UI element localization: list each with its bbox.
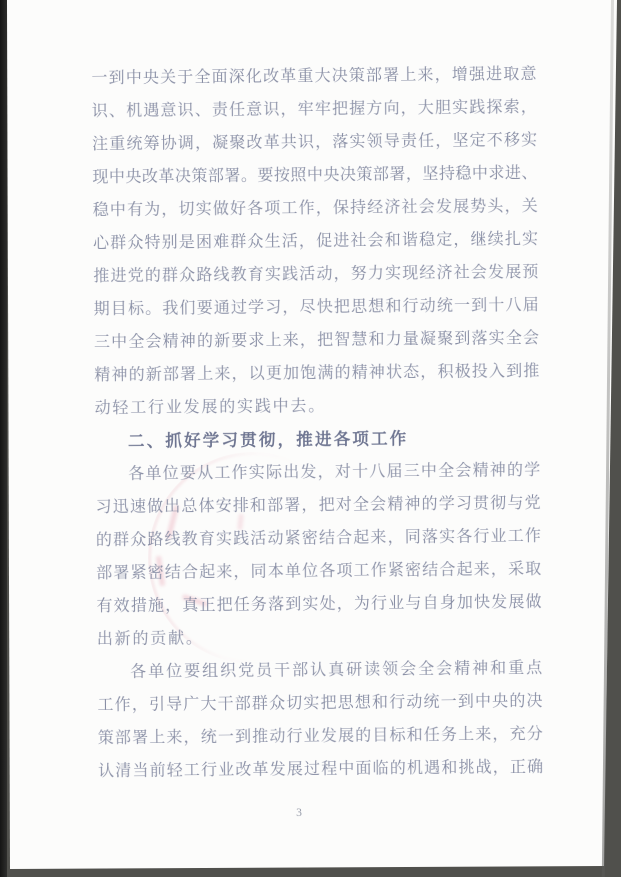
text-line: 部署紧密结合起来，同本单位各项工作紧密结合起来，采取 xyxy=(96,553,541,590)
paragraph-3: 各单位要组织党员干部认真研读领会全会精神和重点 工作，引导广大干部群众切实把思想… xyxy=(97,652,543,788)
text-line: 期目标。我们要通过学习，尽快把思想和行动统一到十八届 xyxy=(94,289,539,326)
text-line: 有效措施，真正把任务落到实处，为行业与自身加快发展做 xyxy=(96,586,541,623)
text-line: 三中全会精神的新要求上来，把智慧和力量凝聚到落实全会 xyxy=(94,322,539,359)
text-line: 出新的贡献。 xyxy=(97,619,542,656)
text-line: 现中央改革决策部署。要按照中央决策部署，坚持稳中求进、 xyxy=(92,157,537,194)
text-line: 动轻工行业发展的实践中去。 xyxy=(94,388,539,425)
text-line: 心群众特别是困难群众生活，促进社会和谐稳定，继续扎实 xyxy=(93,223,538,260)
text-line: 推进党的群众路线教育实践活动，努力实现经济社会发展预 xyxy=(93,256,538,293)
text-line: 一到中央关于全面深化改革重大决策部署上来，增强进取意 xyxy=(91,58,536,95)
page-text-block: 一到中央关于全面深化改革重大决策部署上来，增强进取意 识、机遇意识、责任意识，牢… xyxy=(91,58,543,830)
text-line: 各单位要组织党员干部认真研读领会全会精神和重点 xyxy=(97,652,542,689)
paragraph-1: 一到中央关于全面深化改革重大决策部署上来，增强进取意 识、机遇意识、责任意识，牢… xyxy=(91,58,539,425)
text-line: 认清当前轻工行业改革发展过程中面临的机遇和挑战，正确 xyxy=(98,751,543,788)
scanned-document-page: 一到中央关于全面深化改革重大决策部署上来，增强进取意 识、机遇意识、责任意识，牢… xyxy=(0,0,621,877)
scan-edge-left xyxy=(0,0,7,877)
text-line: 工作，引导广大干部群众切实把思想和行动统一到中央的决 xyxy=(97,685,542,722)
paragraph-2: 各单位要从工作实际出发，对十八届三中全会精神的学 习迅速做出总体安排和部署，把对… xyxy=(95,454,542,656)
text-line: 精神的新部署上来，以更加饱满的精神状态，积极投入到推 xyxy=(94,355,539,392)
text-line: 稳中有为，切实做好各项工作，保持经济社会发展势头，关 xyxy=(93,190,538,227)
text-line: 各单位要从工作实际出发，对十八届三中全会精神的学 xyxy=(95,454,540,491)
text-line: 习迅速做出总体安排和部署，把对全会精神的学习贯彻与党 xyxy=(95,487,540,524)
text-line: 的群众路线教育实践活动紧密结合起来，同落实各行业工作 xyxy=(96,520,541,557)
text-line: 策部署上来，统一到推动行业发展的目标和任务上来，充分 xyxy=(98,718,543,755)
section-heading: 二、抓好学习贯彻，推进各项工作 xyxy=(95,421,540,458)
page-number: 3 xyxy=(76,796,521,830)
text-line: 注重统筹协调，凝聚改革共识，落实领导责任，坚定不移实 xyxy=(92,124,537,161)
text-line: 识、机遇意识、责任意识，牢牢把握方向，大胆实践探索， xyxy=(92,91,537,128)
